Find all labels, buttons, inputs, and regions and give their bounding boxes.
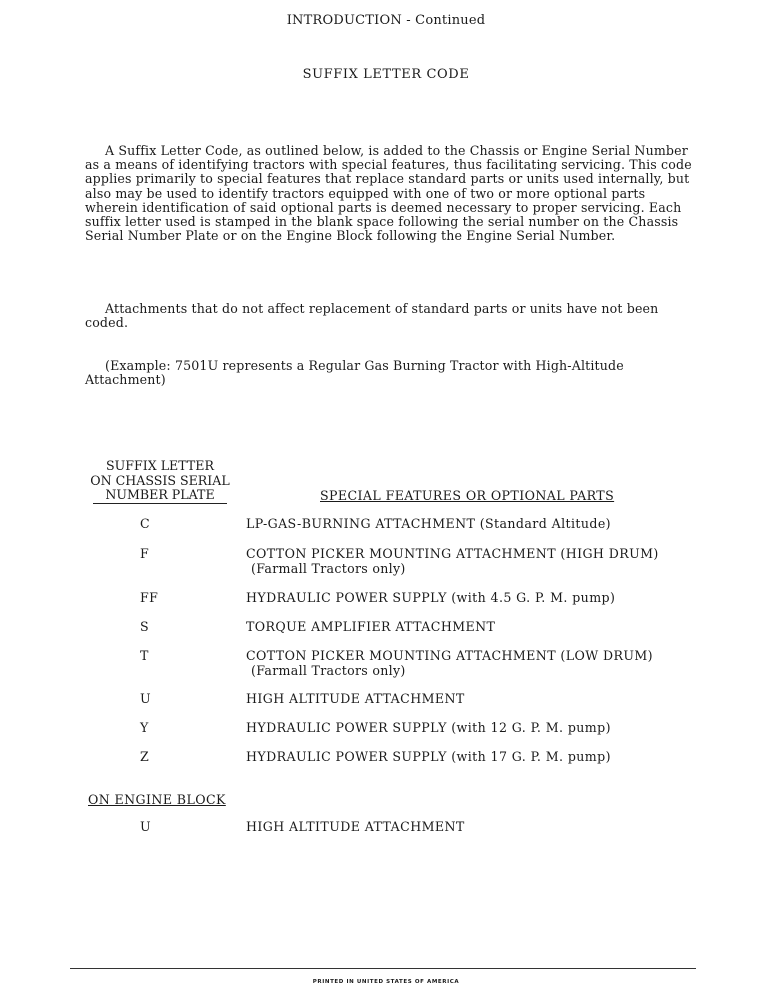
suffix-code: F bbox=[140, 547, 149, 562]
column-header-line: ON CHASSIS SERIAL bbox=[84, 474, 236, 489]
footer-imprint: PRINTED IN UNITED STATES OF AMERICA bbox=[0, 979, 772, 985]
suffix-code: T bbox=[140, 649, 149, 664]
suffix-code: C bbox=[140, 517, 150, 532]
feature-description: HIGH ALTITUDE ATTACHMENT bbox=[246, 692, 716, 707]
feature-description: HIGH ALTITUDE ATTACHMENT bbox=[246, 820, 716, 835]
feature-description: COTTON PICKER MOUNTING ATTACHMENT (HIGH … bbox=[246, 547, 716, 576]
feature-description: HYDRAULIC POWER SUPPLY (with 4.5 G. P. M… bbox=[246, 591, 716, 606]
feature-text: COTTON PICKER MOUNTING ATTACHMENT (LOW D… bbox=[246, 648, 653, 663]
suffix-code: U bbox=[140, 820, 151, 835]
suffix-code: FF bbox=[140, 591, 158, 606]
column-header-line: SUFFIX LETTER bbox=[84, 459, 236, 474]
suffix-code: Y bbox=[140, 721, 149, 736]
footer-divider bbox=[70, 968, 696, 969]
intro-paragraph: A Suffix Letter Code, as outlined below,… bbox=[85, 144, 695, 243]
section-title: SUFFIX LETTER CODE bbox=[0, 67, 772, 82]
column-header-line: NUMBER PLATE bbox=[93, 488, 226, 504]
column-header-features: SPECIAL FEATURES OR OPTIONAL PARTS bbox=[320, 488, 614, 503]
feature-text: COTTON PICKER MOUNTING ATTACHMENT (HIGH … bbox=[246, 546, 659, 561]
engine-block-heading: ON ENGINE BLOCK bbox=[88, 792, 226, 807]
feature-description: COTTON PICKER MOUNTING ATTACHMENT (LOW D… bbox=[246, 649, 716, 678]
feature-description: HYDRAULIC POWER SUPPLY (with 17 G. P. M.… bbox=[246, 750, 716, 765]
feature-description: TORQUE AMPLIFIER ATTACHMENT bbox=[246, 620, 716, 635]
column-header-suffix: SUFFIX LETTER ON CHASSIS SERIAL NUMBER P… bbox=[84, 459, 236, 504]
feature-note: (Farmall Tractors only) bbox=[246, 562, 716, 577]
attachments-note: Attachments that do not affect replaceme… bbox=[85, 302, 695, 330]
feature-description: LP-GAS-BURNING ATTACHMENT (Standard Alti… bbox=[246, 517, 716, 532]
feature-description: HYDRAULIC POWER SUPPLY (with 12 G. P. M.… bbox=[246, 721, 716, 736]
suffix-code: Z bbox=[140, 750, 149, 765]
feature-note: (Farmall Tractors only) bbox=[246, 664, 716, 679]
suffix-code: U bbox=[140, 692, 151, 707]
example-note: (Example: 7501U represents a Regular Gas… bbox=[85, 359, 695, 387]
suffix-code: S bbox=[140, 620, 149, 635]
page-header: INTRODUCTION - Continued bbox=[0, 13, 772, 28]
